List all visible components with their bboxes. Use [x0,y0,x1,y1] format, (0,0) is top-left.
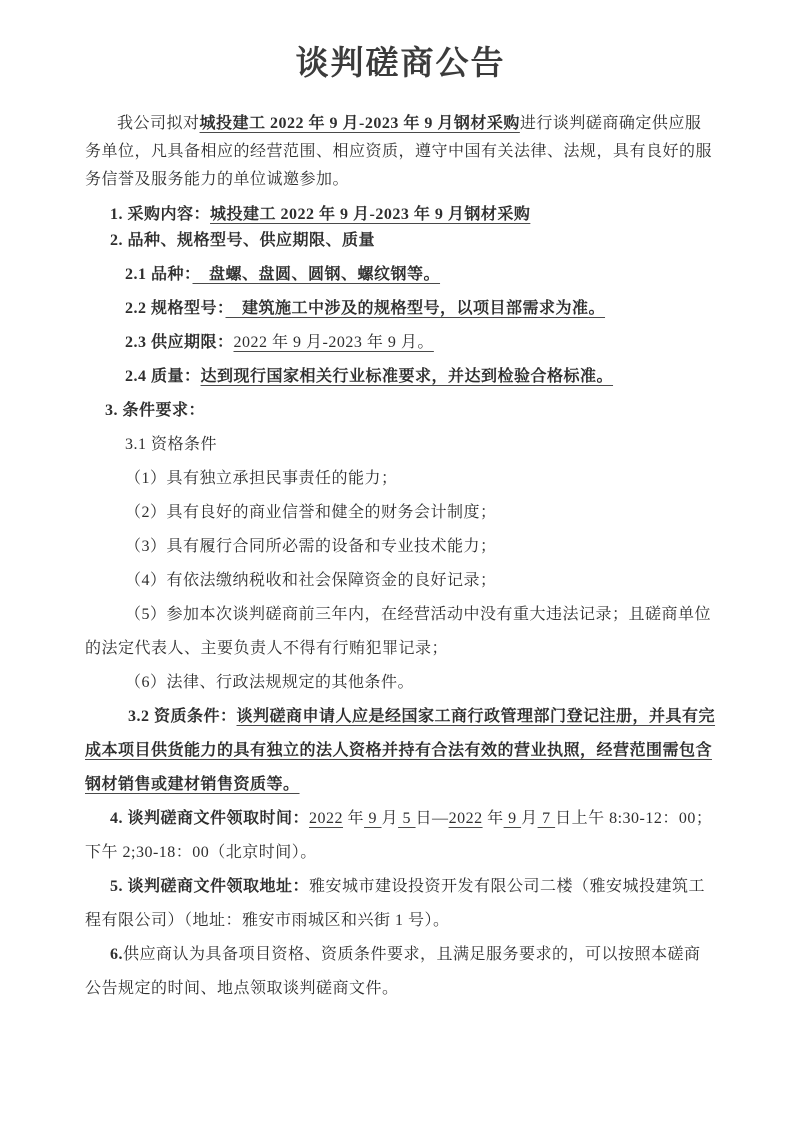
item-3-heading: 3. 条件要求： [85,394,716,428]
item-2-heading: 2. 品种、规格型号、供应期限、质量 [85,228,716,254]
item-2-4-quality: 2.4 质量：达到现行国家相关行业标准要求，并达到检验合格标准。 [85,360,716,394]
qualification-clause-2: （2）具有良好的商业信誉和健全的财务会计制度； [85,496,716,530]
item-2-4-label: 2.4 质量： [125,368,201,385]
item-6-value: 供应商认为具备项目资格、资质条件要求，且满足服务要求的，可以按照本磋商公告规定的… [85,946,701,997]
item-2-3-value: 2022 年 9 月-2023 年 9 月。 [234,334,434,351]
item-2-label: 2. 品种、规格型号、供应期限、质量 [110,232,375,249]
item-2-3-label: 2.3 供应期限： [125,334,234,351]
item-4-month-2: 9 [504,810,522,827]
item-4-day-1: 5 [398,810,416,827]
document-page: 谈判磋商公告 我公司拟对城投建工 2022 年 9 月-2023 年 9 月钢材… [0,0,800,1131]
intro-paragraph: 我公司拟对城投建工 2022 年 9 月-2023 年 9 月钢材采购进行谈判磋… [85,110,716,194]
item-4-year-1: 2022 [309,810,343,827]
item-2-3-supply-period: 2.3 供应期限：2022 年 9 月-2023 年 9 月。 [85,326,716,360]
item-1-label: 1. 采购内容： [110,206,210,223]
item-4-day-2: 7 [538,810,556,827]
item-3-2-credentials: 3.2 资质条件：谈判磋商申请人应是经国家工商行政管理部门登记注册，并具有完成本… [85,700,716,802]
item-4-month-1: 9 [364,810,382,827]
item-2-2-value: 建筑施工中涉及的规格型号，以项目部需求为准。 [226,300,606,317]
item-4-document-pickup-time: 4. 谈判磋商文件领取时间：2022 年 9 月 5 日—2022 年 9 月 … [85,802,716,870]
qualification-clause-5: （5）参加本次谈判磋商前三年内，在经营活动中没有重大违法记录；且磋商单位的法定代… [85,598,716,666]
item-3-2-label: 3.2 资质条件： [128,708,237,725]
intro-project-name: 城投建工 2022 年 9 月-2023 年 9 月钢材采购 [200,115,520,132]
document-content: 谈判磋商公告 我公司拟对城投建工 2022 年 9 月-2023 年 9 月钢材… [0,0,800,1006]
qualification-clause-4: （4）有依法缴纳税收和社会保障资金的良好记录； [85,564,716,598]
item-3-label: 3. 条件要求： [105,402,205,419]
qualification-clause-6: （6）法律、行政法规规定的其他条件。 [85,666,716,700]
item-1-value: 城投建工 2022 年 9 月-2023 年 9 月钢材采购 [210,206,530,223]
item-2-2-spec-model: 2.2 规格型号： 建筑施工中涉及的规格型号，以项目部需求为准。 [85,292,716,326]
intro-text-pre: 我公司拟对 [117,115,200,132]
item-1-purchase-content: 1. 采购内容：城投建工 2022 年 9 月-2023 年 9 月钢材采购 [85,202,716,228]
item-4-label: 4. 谈判磋商文件领取时间： [110,810,309,827]
item-2-1-variety: 2.1 品种： 盘螺、盘圆、圆钢、螺纹钢等。 [85,258,716,292]
page-title: 谈判磋商公告 [85,44,716,84]
item-3-1-label: 3.1 资格条件 [125,436,217,453]
item-4-text: 年 [343,810,364,827]
item-2-1-value: 盘螺、盘圆、圆钢、螺纹钢等。 [193,266,441,283]
item-4-text: 月 [382,810,399,827]
qualification-clause-1: （1）具有独立承担民事责任的能力； [85,462,716,496]
item-6-number: 6. [110,946,123,963]
item-4-year-2: 2022 [449,810,483,827]
item-5-label: 5. 谈判磋商文件领取地址： [110,878,309,895]
item-2-4-value: 达到现行国家相关行业标准要求，并达到检验合格标准。 [201,368,614,385]
item-4-text: 年 [483,810,504,827]
item-2-1-label: 2.1 品种： [125,266,193,283]
item-6-supplier-note: 6.供应商认为具备项目资格、资质条件要求，且满足服务要求的，可以按照本磋商公告规… [85,938,716,1006]
item-4-text: 月 [521,810,538,827]
item-2-2-label: 2.2 规格型号： [125,300,226,317]
qualification-clause-3: （3）具有履行合同所必需的设备和专业技术能力； [85,530,716,564]
item-5-document-pickup-address: 5. 谈判磋商文件领取地址：雅安城市建设投资开发有限公司二楼（雅安城投建筑工程有… [85,870,716,938]
item-3-1-heading: 3.1 资格条件 [85,428,716,462]
item-4-text: 日— [416,810,449,827]
